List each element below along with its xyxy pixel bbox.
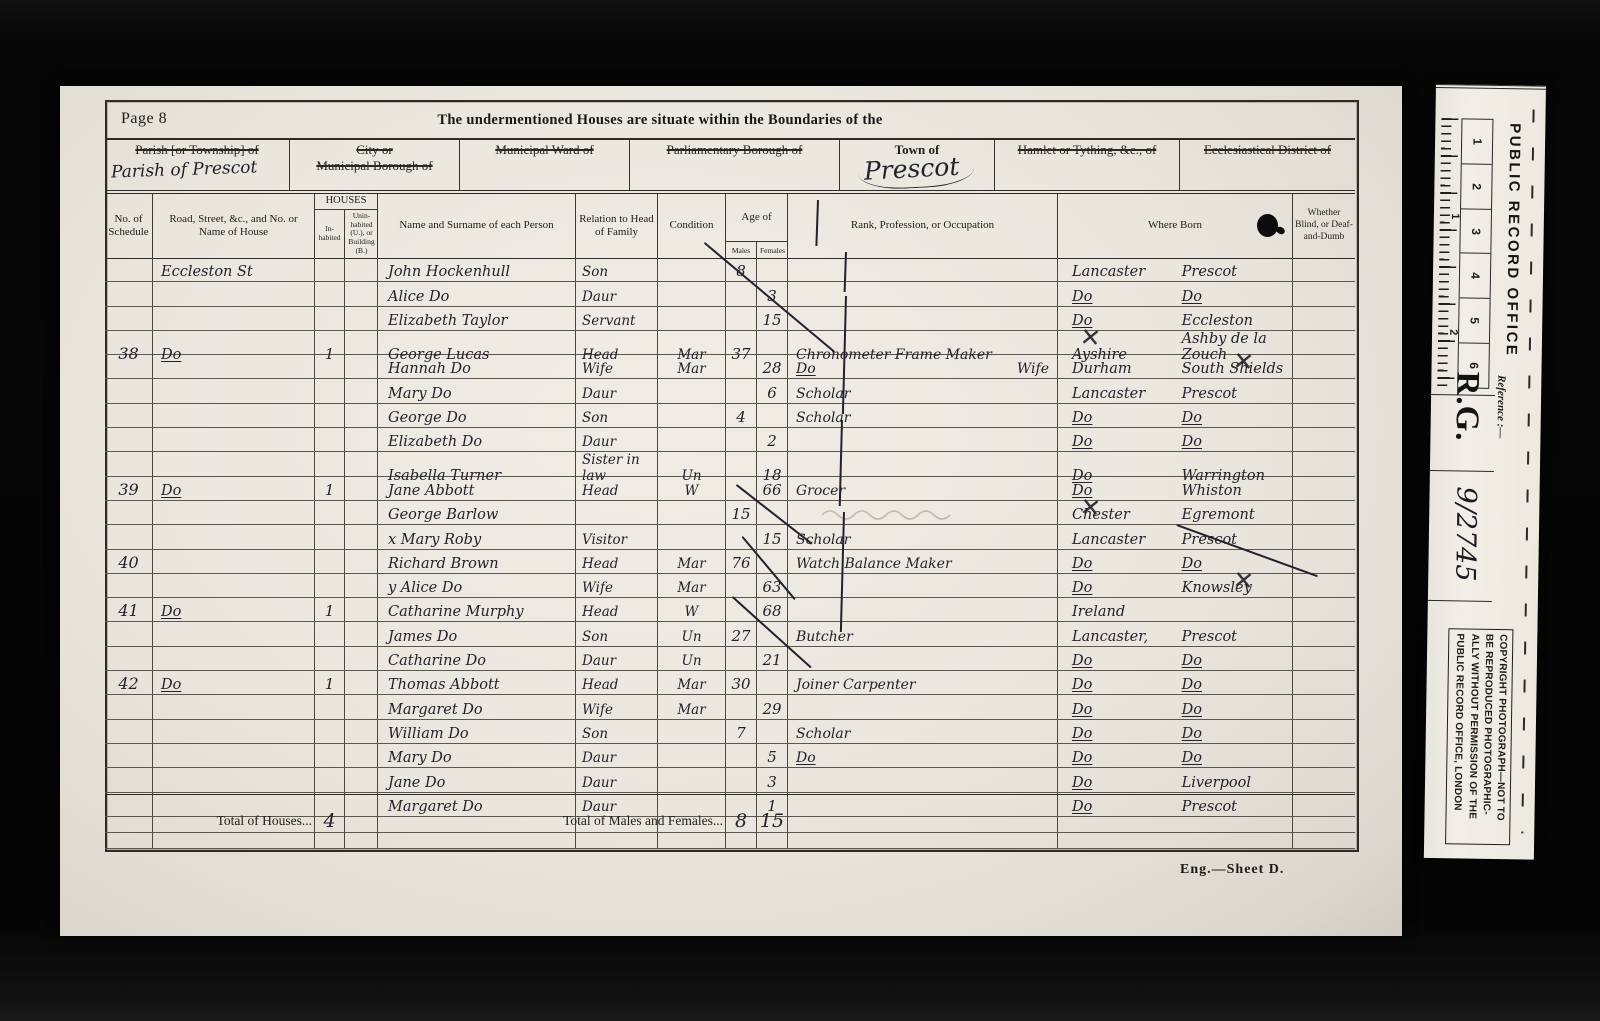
table-row: Mary Do Daur 5 Do Do Do — [105, 744, 1355, 768]
born-county: Do — [1058, 702, 1180, 718]
born-place: Eccleston — [1180, 313, 1292, 329]
cell-age-male — [726, 428, 757, 451]
born-county: Do — [1058, 556, 1180, 572]
city-label-1: City or — [356, 142, 392, 157]
born-county: Chester — [1058, 507, 1180, 523]
born-county: Do — [1058, 726, 1180, 742]
cell-relation: Visitor — [576, 525, 658, 548]
cell-condition — [658, 404, 726, 427]
cell-inhabited — [315, 355, 345, 378]
cell-blind — [1293, 525, 1355, 548]
cell-name: George Do — [378, 404, 576, 427]
cell-name: Mary Do — [378, 379, 576, 402]
table-row: Isabella Turner Sister in law Un 18 Do W… — [105, 452, 1355, 476]
cell-schedule — [105, 379, 153, 402]
cell-born: Lancaster, Prescot — [1058, 622, 1293, 645]
cell-road: Do — [153, 598, 315, 621]
cell-schedule — [105, 768, 153, 791]
born-place: Do — [1180, 410, 1292, 426]
born-county: Lancaster — [1058, 264, 1180, 280]
page-title: The undermentioned Houses are situate wi… — [105, 112, 1215, 129]
cell-uninhabited — [345, 622, 378, 645]
cell-road — [153, 768, 315, 791]
occupation-text: Do — [796, 361, 816, 377]
born-county: Do — [1058, 580, 1180, 596]
cell-road — [153, 622, 315, 645]
cell-relation: Son — [576, 720, 658, 743]
rg-text: R.G. — [1447, 371, 1485, 442]
pro-office-label: PUBLIC RECORD OFFICE — [1503, 123, 1524, 357]
parliamentary-cell: Parliamentary Borough of — [630, 138, 840, 190]
cell-schedule — [105, 622, 153, 645]
cell-age-female: 3 — [757, 282, 788, 305]
cell-blind — [1293, 720, 1355, 743]
born-place: Do — [1180, 726, 1292, 742]
town-value: Prescot — [857, 151, 974, 191]
totals-row: Total of Houses... 4 Total of Males and … — [105, 794, 1355, 847]
crossout-mark: ✕ — [1079, 492, 1103, 523]
cell-name: Hannah Do — [378, 355, 576, 378]
cell-born: Ireland — [1058, 598, 1293, 621]
cell-born: Do Do — [1058, 428, 1293, 451]
cell-name: Catharine Do — [378, 647, 576, 670]
cell-name: Elizabeth Taylor — [378, 307, 576, 330]
born-county: Do — [1058, 313, 1180, 329]
cell-relation: Head — [576, 477, 658, 500]
born-county: Do — [1058, 289, 1180, 305]
cell-road — [153, 720, 315, 743]
col-road: Road, Street, &c., and No. or Name of Ho… — [153, 194, 315, 258]
cell-occupation — [788, 574, 1058, 597]
table-row: Hannah Do Wife Mar 28 Do Wife Durham Sou… — [105, 355, 1355, 379]
cell-age-female: 68 — [757, 598, 788, 621]
cell-uninhabited — [345, 477, 378, 500]
cell-name: Jane Abbott — [378, 477, 576, 500]
table-row: 38 Do 1 George Lucas Head Mar 37 Chronom… — [105, 331, 1355, 355]
cell-occupation: Scholar — [788, 525, 1058, 548]
cell-uninhabited — [345, 671, 378, 694]
cell-relation: Son — [576, 404, 658, 427]
cell-road — [153, 525, 315, 548]
cell-blind — [1293, 282, 1355, 305]
ruler-cell: 5 — [1459, 299, 1490, 344]
cell-road — [153, 744, 315, 767]
cell-relation — [576, 501, 658, 524]
born-county: Durham — [1058, 361, 1180, 377]
cell-age-male — [726, 647, 757, 670]
cell-age-female: 28 — [757, 355, 788, 378]
cell-uninhabited — [345, 404, 378, 427]
cell-inhabited — [315, 404, 345, 427]
cell-condition — [658, 744, 726, 767]
cell-schedule: 40 — [105, 550, 153, 573]
cell-inhabited — [315, 525, 345, 548]
town-cell: Town of Prescot — [840, 138, 995, 190]
cell-born: Do Do — [1058, 695, 1293, 718]
cell-age-female — [757, 404, 788, 427]
cell-schedule — [105, 404, 153, 427]
column-header-row: No. of Schedule Road, Street, &c., and N… — [105, 194, 1355, 259]
cell-age-male: 76 — [726, 550, 757, 573]
strip-divider — [1430, 470, 1494, 472]
cell-condition: Mar — [658, 695, 726, 718]
col-blind: Whether Blind, or Deaf-and-Dumb — [1293, 194, 1355, 258]
cell-relation: Daur — [576, 428, 658, 451]
cell-inhabited: 1 — [315, 477, 345, 500]
cell-inhabited — [315, 307, 345, 330]
table-body: Eccleston St John Hockenhull Son 8 Lanca… — [105, 258, 1355, 849]
born-place: Prescot — [1180, 386, 1292, 402]
cell-condition — [658, 428, 726, 451]
col-age: Age of Males Females — [726, 194, 788, 258]
cell-age-male: 4 — [726, 404, 757, 427]
cell-relation: Daur — [576, 744, 658, 767]
cell-occupation — [788, 598, 1058, 621]
cell-uninhabited — [345, 282, 378, 305]
table-row: Alice Do Daur 3 Do Do — [105, 282, 1355, 306]
cell-schedule — [105, 695, 153, 718]
cell-condition: Mar — [658, 574, 726, 597]
cell-born: Do Do — [1058, 404, 1293, 427]
born-county: Do — [1058, 750, 1180, 766]
cell-name: Thomas Abbott — [378, 671, 576, 694]
cell-born: Durham South Shields ✕ — [1058, 355, 1293, 378]
cell-age-male — [726, 307, 757, 330]
total-houses-label: Total of Houses... — [105, 795, 315, 847]
parish-value: Parish of Prescot — [111, 157, 258, 182]
cell-relation: Servant — [576, 307, 658, 330]
cell-occupation: Do Wife — [788, 355, 1058, 378]
cell-condition — [658, 258, 726, 281]
table-row: Jane Do Daur 3 Do Liverpool — [105, 768, 1355, 792]
total-houses-value: 4 — [315, 795, 345, 847]
ruler-ticks-long — [1437, 118, 1458, 386]
cell-inhabited — [315, 622, 345, 645]
col-females: Females — [757, 242, 788, 258]
cell-relation: Wife — [576, 355, 658, 378]
cell-road — [153, 501, 315, 524]
born-county: Do — [1058, 653, 1180, 669]
born-place: Whiston — [1180, 483, 1292, 499]
cell-blind — [1293, 404, 1355, 427]
cell-born: Do Do — [1058, 282, 1293, 305]
born-place: Egremont — [1180, 507, 1292, 523]
born-place: Prescot — [1180, 264, 1292, 280]
census-form: Page 8 The undermentioned Houses are sit… — [105, 100, 1355, 948]
table-row: y Alice Do Wife Mar 63 Do Knowsley ✕ — [105, 574, 1355, 598]
cell-uninhabited — [345, 574, 378, 597]
cell-occupation: Butcher — [788, 622, 1058, 645]
cell-age-male: 27 — [726, 622, 757, 645]
cell-condition — [658, 501, 726, 524]
cell-age-female — [757, 671, 788, 694]
cell-uninhabited — [345, 720, 378, 743]
cell-age-female: 21 — [757, 647, 788, 670]
cell-condition: W — [658, 598, 726, 621]
table-row: x Mary Roby Visitor 15 Scholar Lancaster… — [105, 525, 1355, 549]
cell-occupation: Grocer — [788, 477, 1058, 500]
cell-age-female: 6 — [757, 379, 788, 402]
cell-born: Do Liverpool — [1058, 768, 1293, 791]
city-cell: City or Municipal Borough of — [290, 138, 460, 190]
cell-uninhabited — [345, 647, 378, 670]
cell-relation: Wife — [576, 574, 658, 597]
cell-occupation — [788, 258, 1058, 281]
cell-condition — [658, 525, 726, 548]
born-place: Do — [1180, 677, 1292, 693]
cell-age-male — [726, 355, 757, 378]
cell-age-male — [726, 379, 757, 402]
cell-born: Do Do — [1058, 744, 1293, 767]
cell-condition — [658, 307, 726, 330]
cell-age-female: 29 — [757, 695, 788, 718]
cell-name: John Hockenhull — [378, 258, 576, 281]
cell-blind — [1293, 768, 1355, 791]
cell-uninhabited — [345, 258, 378, 281]
born-county: Do — [1058, 434, 1180, 450]
ecclesiastical-label: Ecclesiastical District of — [1204, 142, 1331, 157]
born-place: Prescot — [1180, 629, 1292, 645]
cell-blind — [1293, 695, 1355, 718]
cell-inhabited — [315, 574, 345, 597]
occupation-text: Joiner Carpenter — [796, 677, 916, 693]
cell-age-male — [726, 744, 757, 767]
born-county: Do — [1058, 483, 1180, 499]
cell-occupation: Joiner Carpenter — [788, 671, 1058, 694]
table-row: Mary Do Daur 6 Scholar Lancaster Prescot — [105, 379, 1355, 403]
cell-age-female: 3 — [757, 768, 788, 791]
cell-uninhabited — [345, 598, 378, 621]
reference-label: Reference :— — [1494, 375, 1507, 438]
born-county: Do — [1058, 677, 1180, 693]
pro-reference-strip: 1 2 123456 PUBLIC RECORD OFFICE Referenc… — [1424, 84, 1546, 860]
table-row: George Barlow 15 Chester Egremont ✕ — [105, 501, 1355, 525]
parish-label: Parish [or Township] of — [135, 142, 258, 157]
totals-spacer-4 — [1293, 795, 1355, 847]
cell-blind — [1293, 307, 1355, 330]
ink-blot — [1257, 214, 1278, 237]
cell-age-male: 7 — [726, 720, 757, 743]
col-occupation: Rank, Profession, or Occupation — [788, 194, 1058, 258]
cell-condition: Un — [658, 647, 726, 670]
reference-number: 9/2745 — [1449, 486, 1481, 581]
cell-schedule — [105, 355, 153, 378]
cell-uninhabited — [345, 525, 378, 548]
cell-name: Margaret Do — [378, 695, 576, 718]
cell-inhabited — [315, 720, 345, 743]
occupation-text: Scholar — [796, 726, 850, 742]
cell-schedule — [105, 647, 153, 670]
col-relation: Relation to Head of Family — [576, 194, 658, 258]
cell-born: Lancaster Prescot — [1058, 258, 1293, 281]
cell-condition — [658, 379, 726, 402]
ruler-cells: 123456 — [1457, 118, 1493, 388]
cell-road — [153, 355, 315, 378]
cell-age-male — [726, 282, 757, 305]
cell-uninhabited — [345, 768, 378, 791]
born-county: Lancaster, — [1058, 629, 1180, 645]
table-row: Catharine Do Daur Un 21 Do Do — [105, 647, 1355, 671]
cell-blind — [1293, 379, 1355, 402]
cell-inhabited — [315, 647, 345, 670]
strip-divider — [1428, 600, 1492, 602]
cell-uninhabited — [345, 501, 378, 524]
hamlet-cell: Hamlet or Tything, &c., of — [995, 138, 1180, 190]
table-row: Margaret Do Wife Mar 29 Do Do — [105, 695, 1355, 719]
cell-occupation: Do — [788, 744, 1058, 767]
cell-relation: Wife — [576, 695, 658, 718]
strip-dashed-line — [1521, 110, 1535, 834]
cell-age-male — [726, 598, 757, 621]
cell-condition: W — [658, 477, 726, 500]
total-females-value: 15 — [757, 795, 788, 847]
cell-schedule — [105, 744, 153, 767]
cell-road — [153, 428, 315, 451]
cell-born: Chester Egremont ✕ — [1058, 501, 1293, 524]
cell-schedule — [105, 258, 153, 281]
cell-road — [153, 574, 315, 597]
cell-road — [153, 647, 315, 670]
ruler-cell: 3 — [1460, 209, 1491, 254]
born-place: Do — [1180, 653, 1292, 669]
cell-relation: Son — [576, 258, 658, 281]
cell-name: x Mary Roby — [378, 525, 576, 548]
cell-occupation: Scholar — [788, 404, 1058, 427]
cell-condition: Un — [658, 622, 726, 645]
cell-relation: Head — [576, 550, 658, 573]
cell-inhabited — [315, 428, 345, 451]
occupation-extra: Wife — [1017, 361, 1049, 377]
cell-road — [153, 307, 315, 330]
cell-occupation: Scholar — [788, 379, 1058, 402]
cell-relation: Daur — [576, 768, 658, 791]
cell-condition: Mar — [658, 671, 726, 694]
cell-blind — [1293, 501, 1355, 524]
ward-cell: Municipal Ward of — [460, 138, 630, 190]
cell-occupation: Scholar — [788, 720, 1058, 743]
cell-name: George Barlow — [378, 501, 576, 524]
cell-uninhabited — [345, 695, 378, 718]
cell-inhabited — [315, 501, 345, 524]
cell-age-male — [726, 695, 757, 718]
cell-uninhabited — [345, 428, 378, 451]
pencil-scribble — [818, 505, 968, 521]
col-males: Males — [726, 242, 757, 258]
cell-age-female: 66 — [757, 477, 788, 500]
totals-spacer-1 — [345, 795, 378, 847]
cell-blind — [1293, 744, 1355, 767]
crossout-mark: ✕ — [1232, 565, 1256, 596]
cell-blind — [1293, 355, 1355, 378]
cell-age-female: 15 — [757, 525, 788, 548]
location-header: Parish [or Township] of Parish of Presco… — [105, 138, 1355, 194]
born-county: Do — [1058, 410, 1180, 426]
born-county: Do — [1058, 775, 1180, 791]
cell-relation: Head — [576, 671, 658, 694]
table-row: Elizabeth Taylor Servant 15 Do Eccleston — [105, 307, 1355, 331]
cell-age-female: 2 — [757, 428, 788, 451]
born-county: Lancaster — [1058, 532, 1180, 548]
born-place: Do — [1180, 289, 1292, 305]
ruler-cell: 1 — [1462, 119, 1493, 164]
table-row: George Do Son 4 Scholar Do Do — [105, 404, 1355, 428]
occupation-text: Do — [796, 750, 816, 766]
cell-inhabited: 1 — [315, 598, 345, 621]
table-row: Eccleston St John Hockenhull Son 8 Lanca… — [105, 258, 1355, 282]
cell-name: William Do — [378, 720, 576, 743]
col-condition: Condition — [658, 194, 726, 258]
cell-name: James Do — [378, 622, 576, 645]
cell-inhabited — [315, 550, 345, 573]
cell-uninhabited — [345, 550, 378, 573]
table-row: Elizabeth Do Daur 2 Do Do — [105, 428, 1355, 452]
col-name: Name and Surname of each Person — [378, 194, 576, 258]
ruler-cell: 4 — [1460, 254, 1491, 299]
parish-cell: Parish [or Township] of Parish of Presco… — [105, 138, 290, 190]
cell-road: Eccleston St — [153, 258, 315, 281]
cell-schedule — [105, 428, 153, 451]
cell-blind — [1293, 477, 1355, 500]
cell-uninhabited — [345, 307, 378, 330]
cell-schedule: 41 — [105, 598, 153, 621]
table-row: 41 Do 1 Catharine Murphy Head W 68 Irela… — [105, 598, 1355, 622]
cell-schedule: 39 — [105, 477, 153, 500]
col-born: Where Born — [1058, 194, 1293, 258]
cell-blind — [1293, 428, 1355, 451]
born-place: Do — [1180, 750, 1292, 766]
cell-occupation — [788, 282, 1058, 305]
cell-condition — [658, 768, 726, 791]
cell-blind — [1293, 647, 1355, 670]
cell-inhabited — [315, 379, 345, 402]
cell-condition: Mar — [658, 550, 726, 573]
age-label: Age of — [726, 194, 787, 241]
cell-blind — [1293, 574, 1355, 597]
cell-name: y Alice Do — [378, 574, 576, 597]
cell-inhabited: 1 — [315, 671, 345, 694]
cell-condition — [658, 720, 726, 743]
cell-road — [153, 695, 315, 718]
cell-condition — [658, 282, 726, 305]
cell-occupation — [788, 428, 1058, 451]
crossout-mark: ✕ — [1232, 346, 1256, 377]
cell-age-female: 5 — [757, 744, 788, 767]
cell-name: Jane Do — [378, 768, 576, 791]
hamlet-label: Hamlet or Tything, &c., of — [1018, 142, 1157, 157]
cell-born: Do Knowsley ✕ — [1058, 574, 1293, 597]
ward-label: Municipal Ward of — [495, 142, 593, 157]
born-place: Do — [1180, 434, 1292, 450]
cell-blind — [1293, 622, 1355, 645]
cell-age-male — [726, 574, 757, 597]
table-row: James Do Son Un 27 Butcher Lancaster, Pr… — [105, 622, 1355, 646]
cell-relation: Head — [576, 598, 658, 621]
col-schedule: No. of Schedule — [105, 194, 153, 258]
copyright-box: COPYRIGHT PHOTOGRAPH—NOT TOBE REPRODUCED… — [1445, 628, 1513, 845]
cell-inhabited — [315, 768, 345, 791]
cell-road — [153, 379, 315, 402]
sheet-note: Eng.—Sheet D. — [1180, 862, 1284, 878]
census-page: Page 8 The undermentioned Houses are sit… — [60, 86, 1402, 936]
cell-born: Do Do — [1058, 720, 1293, 743]
cell-condition: Mar — [658, 355, 726, 378]
table-row: William Do Son 7 Scholar Do Do — [105, 720, 1355, 744]
born-county: Ireland — [1058, 604, 1180, 620]
ruler-cell: 2 — [1461, 164, 1492, 209]
cell-name: Mary Do — [378, 744, 576, 767]
cell-age-male — [726, 768, 757, 791]
cell-schedule — [105, 720, 153, 743]
